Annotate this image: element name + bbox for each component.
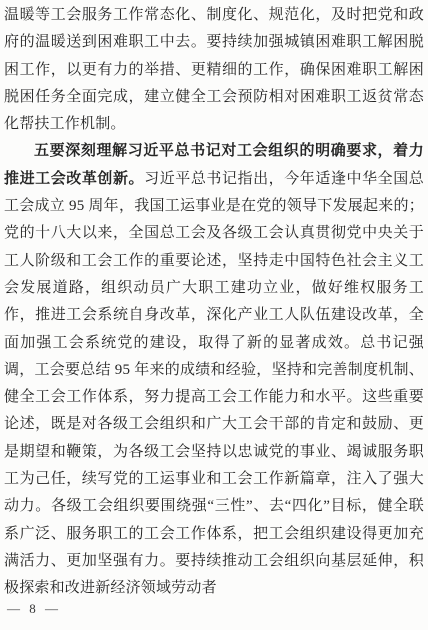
paragraph-section-five: 五要深刻理解习近平总书记对工会组织的明确要求，着力推进工会改革创新。习近平总书记…: [4, 138, 424, 602]
paragraph-continuation: 温暖等工会服务工作常态化、制度化、规范化，及时把党和政府的温暖送到困难职工中去。…: [4, 2, 424, 138]
text-block: 温暖等工会服务工作常态化、制度化、规范化，及时把党和政府的温暖送到困难职工中去。…: [4, 2, 424, 603]
page-number: — 8 —: [7, 601, 61, 617]
document-page: 温暖等工会服务工作常态化、制度化、规范化，及时把党和政府的温暖送到困难职工中去。…: [0, 0, 428, 630]
paragraph-body-text: 习近平总书记指出，今年适逢中华全国总工会成立 95 周年，我国工运事业是在党的领…: [4, 171, 424, 596]
